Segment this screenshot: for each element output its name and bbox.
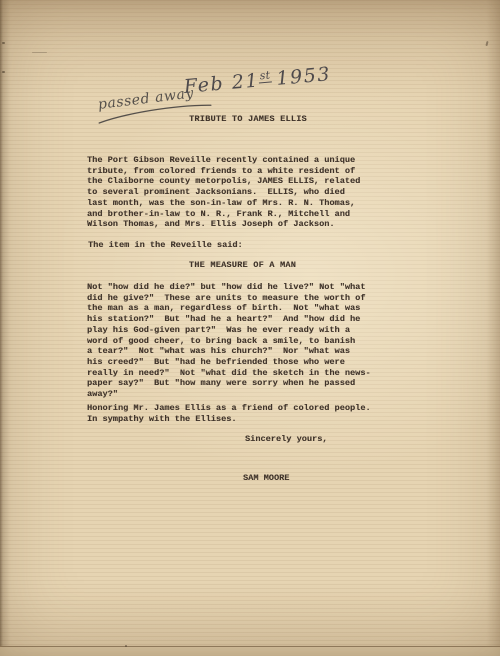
document-title: TRIBUTE TO JAMES ELLIS xyxy=(0,114,496,125)
page-bottom-edge xyxy=(0,646,500,656)
signature-name: SAM MOORE xyxy=(243,473,289,484)
valediction: Sincerely yours, xyxy=(245,434,328,445)
scratch-mark xyxy=(32,52,47,53)
measure-paragraph: Not "how did he die?" but "how did he li… xyxy=(87,282,371,400)
handwritten-date-year: 1953 xyxy=(276,63,332,90)
dust-speck xyxy=(485,41,488,46)
dust-speck xyxy=(2,42,5,44)
closing-paragraph: Honoring Mr. James Ellis as a friend of … xyxy=(87,403,371,424)
intro-paragraph: The Port Gibson Reveille recently contai… xyxy=(87,155,360,230)
measure-of-a-man-heading: THE MEASURE OF A MAN xyxy=(0,260,485,271)
handwritten-date-ordinal: st xyxy=(258,68,272,83)
dust-speck xyxy=(2,71,5,73)
scanned-page: passed away Feb 21st1953 TRIBUTE TO JAME… xyxy=(0,0,500,656)
dust-speck xyxy=(125,645,127,647)
handwritten-note: passed away xyxy=(97,85,195,113)
reveille-lead-in-line: The item in the Reveille said: xyxy=(88,240,243,251)
handwritten-date-day: Feb 21 xyxy=(183,69,260,97)
handwritten-date: Feb 21st1953 xyxy=(183,63,332,98)
handwritten-phrase-text: passed away xyxy=(97,85,195,113)
